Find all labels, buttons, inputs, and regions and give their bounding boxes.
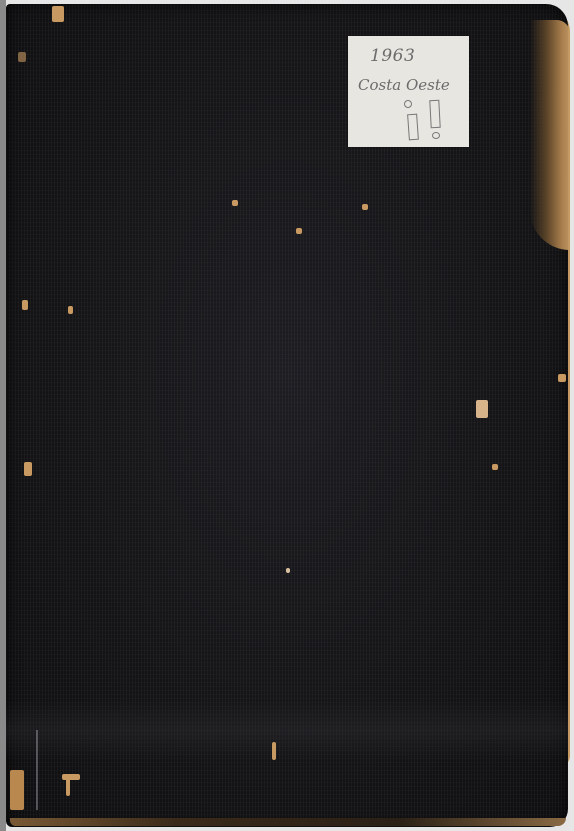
wear-spot: [62, 774, 80, 780]
worn-bottom-edge: [10, 818, 566, 826]
wear-spot: [10, 770, 24, 810]
paper-label: 1963 Costa Oeste: [348, 36, 469, 147]
wear-spot: [232, 200, 238, 206]
wear-spot: [286, 568, 290, 573]
wear-spot: [476, 400, 488, 418]
wear-spot: [24, 462, 32, 476]
wear-spot: [272, 742, 276, 760]
scratch-mark: [36, 730, 38, 810]
worn-spine-edge: [530, 20, 570, 250]
label-exclamation-marks: [348, 100, 469, 144]
wear-spot: [18, 52, 26, 62]
wear-spot: [492, 464, 498, 470]
wear-spot: [362, 204, 368, 210]
label-year: 1963: [370, 46, 415, 66]
wear-spot: [66, 776, 70, 796]
wear-spot: [22, 300, 28, 310]
wear-spot: [296, 228, 302, 234]
label-place: Costa Oeste: [358, 76, 450, 94]
wear-spot: [52, 6, 64, 22]
wear-spot: [68, 306, 73, 314]
wear-spot: [558, 374, 566, 382]
cover-scuff-band: [6, 700, 568, 760]
